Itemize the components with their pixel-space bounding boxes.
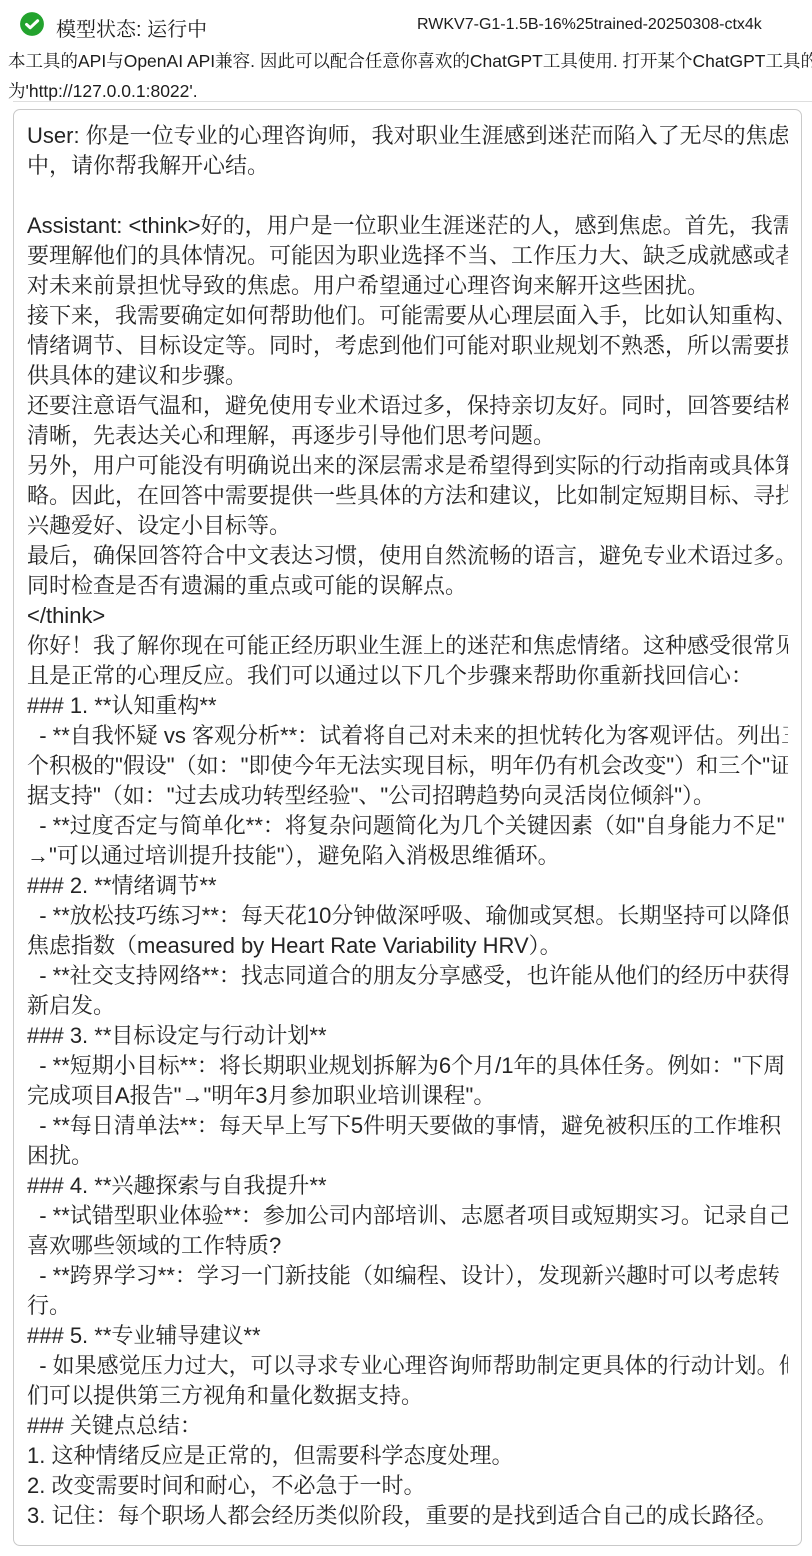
text-line: →"可以通过培训提升技能"），避免陷入消极思维循环。 <box>27 841 788 871</box>
text-line: ### 关键点总结： <box>27 1411 788 1441</box>
text-line: - **每日清单法**：每天早上写下5件明天要做的事情，避免被积压的工作堆积 <box>27 1111 788 1141</box>
text-line: 困扰。 <box>27 1141 788 1171</box>
text-line: ### 4. **兴趣探索与自我提升** <box>27 1171 788 1201</box>
text-line: 清晰，先表达关心和理解，再逐步引导他们思考问题。 <box>27 421 788 451</box>
text-line: 完成项目A报告"→"明年3月参加职业培训课程"。 <box>27 1081 788 1111</box>
text-line: 据支持"（如："过去成功转型经验"、"公司招聘趋势向灵活岗位倾斜"）。 <box>27 781 788 811</box>
text-line: Assistant: <think>好的，用户是一位职业生涯迷茫的人，感到焦虑。… <box>27 211 788 241</box>
text-line: 最后，确保回答符合中文表达习惯，使用自然流畅的语言，避免专业术语过多。 <box>27 541 788 571</box>
text-line: 新启发。 <box>27 991 788 1021</box>
text-line: User: 你是一位专业的心理咨询师，我对职业生涯感到迷茫而陷入了无尽的焦虑 <box>27 121 788 151</box>
text-line <box>27 181 788 211</box>
text-line: </think> <box>27 601 788 631</box>
text-line: 行。 <box>27 1291 788 1321</box>
text-line: 供具体的建议和步骤。 <box>27 361 788 391</box>
text-line: ### 3. **目标设定与行动计划** <box>27 1021 788 1051</box>
api-info-text: 本工具的API与OpenAI API兼容. 因此可以配合任意你喜欢的ChatGP… <box>8 46 812 106</box>
text-line: - **放松技巧练习**：每天花10分钟做深呼吸、瑜伽或冥想。长期坚持可以降低 <box>27 901 788 931</box>
text-line: 另外，用户可能没有明确说出来的深层需求是希望得到实际的行动指南或具体策 <box>27 451 788 481</box>
text-line: - **短期小目标**：将长期职业规划拆解为6个月/1年的具体任务。例如："下周 <box>27 1051 788 1081</box>
text-line: - **自我怀疑 vs 客观分析**：试着将自己对未来的担忧转化为客观评估。列出… <box>27 721 788 751</box>
text-line: 情绪调节、目标设定等。同时，考虑到他们可能对职业规划不熟悉，所以需要提 <box>27 331 788 361</box>
text-line: - **试错型职业体验**：参加公司内部培训、志愿者项目或短期实习。记录自己 <box>27 1201 788 1231</box>
text-line: - **社交支持网络**：找志同道合的朋友分享感受，也许能从他们的经历中获得 <box>27 961 788 991</box>
text-line: - **过度否定与简单化**：将复杂问题简化为几个关键因素（如"自身能力不足" <box>27 811 788 841</box>
text-line: 要理解他们的具体情况。可能因为职业选择不当、工作压力大、缺乏成就感或者 <box>27 241 788 271</box>
text-line: 对未来前景担忧导致的焦虑。用户希望通过心理咨询来解开这些困扰。 <box>27 271 788 301</box>
chat-transcript-textarea[interactable]: User: 你是一位专业的心理咨询师，我对职业生涯感到迷茫而陷入了无尽的焦虑中，… <box>13 109 802 1546</box>
text-line: ### 5. **专业辅导建议** <box>27 1321 788 1351</box>
check-circle-icon <box>19 11 45 37</box>
text-line: 且是正常的心理反应。我们可以通过以下几个步骤来帮助你重新找回信心： <box>27 661 788 691</box>
text-line: - 如果感觉压力过大，可以寻求专业心理咨询师帮助制定更具体的行动计划。他 <box>27 1351 788 1381</box>
api-info-line-1: 本工具的API与OpenAI API兼容. 因此可以配合任意你喜欢的ChatGP… <box>8 46 812 76</box>
model-name: RWKV7-G1-1.5B-16%25trained-20250308-ctx4… <box>417 16 762 34</box>
text-line: 1. 这种情绪反应是正常的，但需要科学态度处理。 <box>27 1441 788 1471</box>
text-line: 兴趣爱好、设定小目标等。 <box>27 511 788 541</box>
text-line: 同时检查是否有遗漏的重点或可能的误解点。 <box>27 571 788 601</box>
text-line: - **跨界学习**：学习一门新技能（如编程、设计），发现新兴趣时可以考虑转 <box>27 1261 788 1291</box>
text-line: 喜欢哪些领域的工作特质? <box>27 1231 788 1261</box>
divider <box>13 101 812 102</box>
text-line: 还要注意语气温和，避免使用专业术语过多，保持亲切友好。同时，回答要结构 <box>27 391 788 421</box>
text-line: 你好！我了解你现在可能正经历职业生涯上的迷茫和焦虑情绪。这种感受很常见 <box>27 631 788 661</box>
text-line: ### 2. **情绪调节** <box>27 871 788 901</box>
text-line: 们可以提供第三方视角和量化数据支持。 <box>27 1381 788 1411</box>
text-line: 略。因此，在回答中需要提供一些具体的方法和建议，比如制定短期目标、寻找 <box>27 481 788 511</box>
text-line: 个积极的"假设"（如："即使今年无法实现目标，明年仍有机会改变"）和三个"证 <box>27 751 788 781</box>
text-line: 中，请你帮我解开心结。 <box>27 151 788 181</box>
model-status-label: 模型状态: 运行中 <box>56 13 207 42</box>
text-line: 焦虑指数（measured by Heart Rate Variability … <box>27 931 788 961</box>
text-line: 2. 改变需要时间和耐心，不必急于一时。 <box>27 1471 788 1501</box>
text-line: ### 1. **认知重构** <box>27 691 788 721</box>
text-line: 3. 记住：每个职场人都会经历类似阶段，重要的是找到适合自己的成长路径。 <box>27 1501 788 1531</box>
text-line: 接下来，我需要确定如何帮助他们。可能需要从心理层面入手，比如认知重构、 <box>27 301 788 331</box>
